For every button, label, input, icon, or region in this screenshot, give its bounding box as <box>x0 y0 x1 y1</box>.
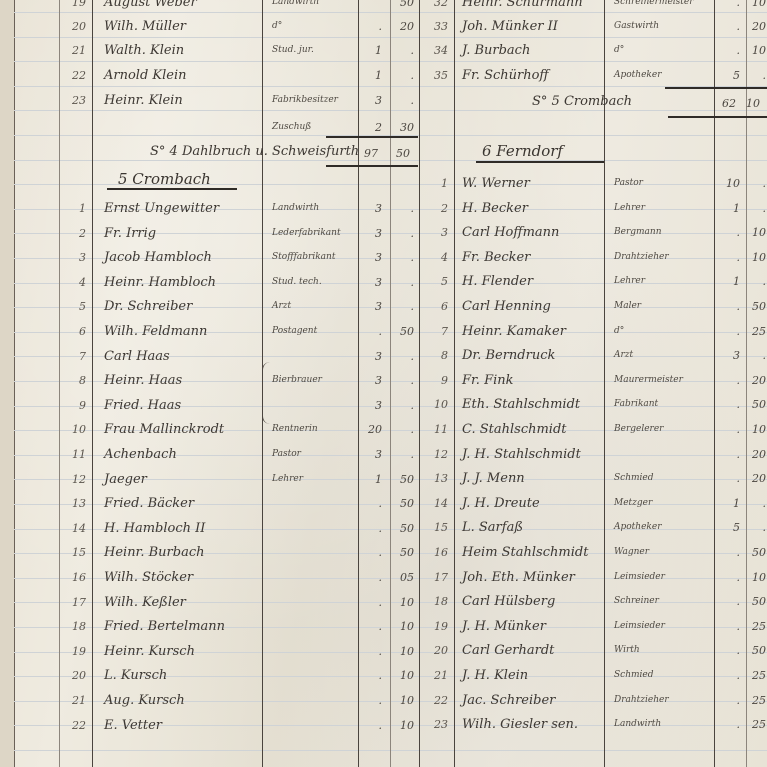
row-number: 4 <box>64 277 86 288</box>
row-mark: . <box>716 449 740 460</box>
row-pf: 10 <box>746 252 766 263</box>
row-mark: . <box>716 670 740 681</box>
row-pf: 50 <box>746 645 766 656</box>
row-pf: 10 <box>746 227 766 238</box>
row-number: 21 <box>64 45 86 56</box>
row-name: J. H. Dreute <box>462 497 540 510</box>
row-mark: 3 <box>360 252 382 263</box>
row-mark: 3 <box>360 375 382 386</box>
row-occupation: Stofffabrikant <box>272 253 335 262</box>
row-occupation: Schmied <box>614 474 654 483</box>
row-pf: 50 <box>746 399 766 410</box>
left-subtotal-mark: 97 <box>356 148 378 159</box>
row-number: 6 <box>64 326 86 337</box>
row-name: H. Becker <box>462 202 528 215</box>
row-name: L. Sarfaß <box>462 521 523 534</box>
row-occupation: Arzt <box>614 351 633 360</box>
row-name: Eth. Stahlschmidt <box>462 398 580 411</box>
row-name: Heinr. Kursch <box>104 645 195 658</box>
row-pf: . <box>392 203 414 214</box>
right-section-heading: 6 Ferndorf <box>482 144 563 159</box>
row-name: Fried. Bäcker <box>104 497 194 510</box>
row-occupation: Lehrer <box>614 204 645 213</box>
right-section-heading-underline <box>476 161 604 163</box>
row-number: 13 <box>426 473 448 484</box>
row-number: 2 <box>64 228 86 239</box>
row-pf: 20 <box>746 21 766 32</box>
row-number: 18 <box>426 596 448 607</box>
row-mark: 1 <box>360 70 382 81</box>
row-occupation: Leimsieder <box>614 622 665 631</box>
row-occupation: Apotheker <box>614 523 662 532</box>
row-mark: 3 <box>360 400 382 411</box>
row-occupation: Lehrer <box>614 277 645 286</box>
row-mark: 3 <box>716 350 740 361</box>
right-subtotal-label: S° 5 Crombach <box>532 95 632 108</box>
row-name: August Weber <box>104 0 197 9</box>
row-name: Heim Stahlschmidt <box>462 546 588 559</box>
row-mark: . <box>716 227 740 238</box>
row-pf: . <box>746 203 766 214</box>
row-name: Carl Henning <box>462 300 551 313</box>
row-number: 10 <box>426 399 448 410</box>
row-occupation: Stud. tech. <box>272 278 322 287</box>
row-mark: . <box>716 547 740 558</box>
left-subtotal-pf: 50 <box>388 148 410 159</box>
row-occupation: Zuschuß <box>272 123 311 132</box>
row-pf: 25 <box>746 621 766 632</box>
row-pf: . <box>392 277 414 288</box>
row-number: 7 <box>64 351 86 362</box>
row-number: 2 <box>426 203 448 214</box>
row-pf: 20 <box>746 449 766 460</box>
row-pf: 50 <box>392 326 414 337</box>
row-mark: . <box>716 473 740 484</box>
right-subtotal-bottom-rule <box>668 116 767 118</box>
row-mark: 5 <box>716 70 740 81</box>
row-mark: 3 <box>360 277 382 288</box>
row-mark: . <box>716 375 740 386</box>
row-name: Heinr. Hambloch <box>104 276 216 289</box>
row-name: J. Burbach <box>462 44 530 57</box>
row-number: 17 <box>426 572 448 583</box>
row-mark: 1 <box>716 203 740 214</box>
row-occupation: Rentnerin <box>272 425 318 434</box>
row-occupation: Postagent <box>272 327 317 336</box>
row-mark: . <box>716 21 740 32</box>
row-mark: . <box>360 21 382 32</box>
row-pf: . <box>392 252 414 263</box>
row-pf: . <box>746 522 766 533</box>
row-name: J. H. Münker <box>462 620 546 633</box>
bierbrauer-brace <box>262 362 271 424</box>
row-mark: . <box>716 596 740 607</box>
row-occupation: Schreiner <box>614 597 659 606</box>
right-occupation-column-line <box>604 0 605 767</box>
row-number: 20 <box>426 645 448 656</box>
row-mark: . <box>716 645 740 656</box>
row-pf: 10 <box>746 424 766 435</box>
row-name: Joh. Münker II <box>462 20 558 33</box>
row-pf: 10 <box>746 45 766 56</box>
row-mark: . <box>360 547 382 558</box>
row-pf: 50 <box>746 547 766 558</box>
row-pf: . <box>392 400 414 411</box>
row-pf: . <box>746 70 766 81</box>
row-pf: 20 <box>746 375 766 386</box>
row-pf: . <box>392 228 414 239</box>
row-mark: 3 <box>360 301 382 312</box>
row-occupation: Landwirth <box>614 720 661 729</box>
row-mark: 3 <box>360 351 382 362</box>
row-pf: . <box>392 351 414 362</box>
row-number: 11 <box>426 424 448 435</box>
row-occupation: Lederfabrikant <box>272 229 341 238</box>
row-number: 22 <box>64 70 86 81</box>
row-pf: . <box>392 424 414 435</box>
row-mark: . <box>716 45 740 56</box>
row-name: H. Flender <box>462 275 533 288</box>
row-number: 12 <box>64 474 86 485</box>
row-mark: . <box>716 301 740 312</box>
row-mark: 3 <box>360 228 382 239</box>
row-mark: . <box>360 670 382 681</box>
row-name: Carl Haas <box>104 350 170 363</box>
row-number: 3 <box>64 252 86 263</box>
right-subtotal-mark: 62 <box>712 98 736 109</box>
row-pf: . <box>392 375 414 386</box>
row-number: 1 <box>64 203 86 214</box>
row-occupation: Landwirth <box>272 204 319 213</box>
row-number: 22 <box>426 695 448 706</box>
row-pf: . <box>392 449 414 460</box>
row-name: Fr. Irrig <box>104 227 156 240</box>
row-mark: 1 <box>360 45 382 56</box>
row-pf: 50 <box>392 523 414 534</box>
row-mark: . <box>716 719 740 730</box>
row-number: 14 <box>64 523 86 534</box>
row-occupation: Pastor <box>272 450 301 459</box>
row-occupation: Stud. jur. <box>272 46 314 55</box>
left-mark-column-line <box>358 0 359 767</box>
row-name: J. J. Menn <box>462 472 525 485</box>
row-number: 5 <box>64 301 86 312</box>
row-mark: . <box>360 646 382 657</box>
left-section-heading: 5 Crombach <box>118 172 211 187</box>
row-name: Fr. Schürhoff <box>462 69 549 82</box>
row-pf: 25 <box>746 670 766 681</box>
row-name: Carl Hülsberg <box>462 595 555 608</box>
row-number: 11 <box>64 449 86 460</box>
row-name: Dr. Schreiber <box>104 300 192 313</box>
row-name: E. Vetter <box>104 719 162 732</box>
row-mark: . <box>716 424 740 435</box>
row-occupation: Metzger <box>614 499 652 508</box>
row-name: Arnold Klein <box>104 69 187 82</box>
row-occupation: Schmied <box>614 671 654 680</box>
row-pf: . <box>746 350 766 361</box>
row-name: Jac. Schreiber <box>462 694 555 707</box>
row-pf: 20 <box>392 21 414 32</box>
row-mark: 5 <box>716 522 740 533</box>
row-number: 20 <box>64 670 86 681</box>
row-name: Fr. Becker <box>462 251 530 264</box>
row-occupation: Bierbrauer <box>272 376 322 385</box>
row-number: 13 <box>64 498 86 509</box>
row-occupation: Bergelerer <box>614 425 663 434</box>
row-name: Fried. Haas <box>104 399 181 412</box>
row-occupation: Maler <box>614 302 641 311</box>
row-number: 15 <box>64 547 86 558</box>
row-name: Aug. Kursch <box>104 694 185 707</box>
row-mark: . <box>716 572 740 583</box>
row-occupation: Gastwirth <box>614 22 659 31</box>
row-mark: . <box>716 695 740 706</box>
right-number-column-line <box>454 0 455 767</box>
row-pf: . <box>392 301 414 312</box>
row-pf: 10 <box>392 646 414 657</box>
left-subtotal-bottom-rule <box>326 165 418 167</box>
row-mark: . <box>716 252 740 263</box>
row-pf: 10 <box>392 597 414 608</box>
row-occupation: Fabrikant <box>614 400 658 409</box>
row-name: Wilh. Keßler <box>104 596 186 609</box>
row-name: Dr. Berndruck <box>462 349 555 362</box>
row-pf: 50 <box>392 474 414 485</box>
row-name: Fr. Fink <box>462 374 514 387</box>
row-occupation: Apotheker <box>614 71 662 80</box>
row-number: 19 <box>426 621 448 632</box>
row-number: 34 <box>426 45 448 56</box>
row-mark: 20 <box>360 424 382 435</box>
row-mark: 1 <box>716 276 740 287</box>
page-divider-line <box>419 0 420 767</box>
row-occupation: Bergmann <box>614 228 662 237</box>
row-occupation: Drahtzieher <box>614 253 669 262</box>
row-mark: . <box>360 498 382 509</box>
row-mark: 1 <box>360 474 382 485</box>
row-occupation: Landwirth <box>272 0 319 7</box>
row-number: 9 <box>426 375 448 386</box>
row-name: Ernst Ungewitter <box>104 202 219 215</box>
row-pf: . <box>746 276 766 287</box>
row-mark: . <box>360 695 382 706</box>
row-number: 17 <box>64 597 86 608</box>
left-section-heading-underline <box>107 188 237 190</box>
row-name: Wilh. Feldmann <box>104 325 207 338</box>
row-name: J. H. Klein <box>462 669 528 682</box>
left-pf-column-line <box>390 0 391 767</box>
row-mark: . <box>716 399 740 410</box>
row-occupation: Fabrikbesitzer <box>272 96 338 105</box>
row-mark: 3 <box>360 203 382 214</box>
row-mark: . <box>360 720 382 731</box>
row-number: 4 <box>426 252 448 263</box>
row-pf: 10 <box>392 621 414 632</box>
row-name: Wilh. Müller <box>104 20 186 33</box>
row-name: Heinr. Burbach <box>104 546 204 559</box>
left-subtotal-label: S° 4 Dahlbruch u. Schweisfurth <box>150 145 359 158</box>
row-number: 19 <box>64 646 86 657</box>
row-name: Frau Mallinckrodt <box>104 423 224 436</box>
row-occupation: Drahtzieher <box>614 696 669 705</box>
row-name: Wilh. Stöcker <box>104 571 193 584</box>
row-number: 16 <box>426 547 448 558</box>
row-number: 16 <box>64 572 86 583</box>
row-pf: 50 <box>746 596 766 607</box>
row-number: 8 <box>426 350 448 361</box>
row-name: Jaeger <box>104 473 147 486</box>
row-pf: . <box>746 178 766 189</box>
row-name: Carl Gerhardt <box>462 644 554 657</box>
row-pf: 10 <box>746 572 766 583</box>
row-number: 6 <box>426 301 448 312</box>
row-name: Achenbach <box>104 448 177 461</box>
row-number: 5 <box>426 276 448 287</box>
row-name: Heinr. Schürmann <box>462 0 583 9</box>
row-number: 3 <box>426 227 448 238</box>
book-gutter <box>0 0 15 767</box>
row-pf: 50 <box>392 498 414 509</box>
row-pf: 50 <box>392 547 414 558</box>
row-name: Carl Hoffmann <box>462 226 559 239</box>
row-name: Heinr. Klein <box>104 94 183 107</box>
row-pf: 10 <box>392 720 414 731</box>
row-number: 23 <box>64 95 86 106</box>
row-mark: 2 <box>360 122 382 133</box>
row-number: 32 <box>426 0 448 8</box>
row-number: 9 <box>64 400 86 411</box>
row-number: 10 <box>64 424 86 435</box>
row-pf: 10 <box>392 695 414 706</box>
row-name: Fried. Bertelmann <box>104 620 225 633</box>
row-mark: . <box>360 572 382 583</box>
row-mark: 3 <box>360 449 382 460</box>
row-number: 20 <box>64 21 86 32</box>
row-mark: . <box>360 326 382 337</box>
row-pf: 20 <box>746 473 766 484</box>
row-number: 21 <box>426 670 448 681</box>
row-mark: . <box>360 523 382 534</box>
row-pf: 25 <box>746 719 766 730</box>
row-occupation: Leimsieder <box>614 573 665 582</box>
row-pf: . <box>746 498 766 509</box>
row-mark: . <box>716 326 740 337</box>
row-mark: 1 <box>716 498 740 509</box>
row-name: C. Stahlschmidt <box>462 423 567 436</box>
row-occupation: Arzt <box>272 302 291 311</box>
row-occupation: Schreinermeister <box>614 0 694 7</box>
row-occupation: Maurermeister <box>614 376 683 385</box>
row-name: Heinr. Kamaker <box>462 325 566 338</box>
row-occupation: Lehrer <box>272 475 303 484</box>
row-name: Joh. Eth. Münker <box>462 571 575 584</box>
right-subtotal-top-rule <box>665 87 767 89</box>
row-number: 14 <box>426 498 448 509</box>
row-occupation: Wirth <box>614 646 640 655</box>
row-number: 15 <box>426 522 448 533</box>
row-name: H. Hambloch II <box>104 522 205 535</box>
row-pf: . <box>392 70 414 81</box>
row-mark: . <box>360 597 382 608</box>
row-name: Heinr. Haas <box>104 374 182 387</box>
row-pf: 25 <box>746 326 766 337</box>
row-name: J. H. Stahlschmidt <box>462 448 581 461</box>
row-number: 8 <box>64 375 86 386</box>
row-pf: . <box>392 45 414 56</box>
row-mark: 10 <box>716 178 740 189</box>
left-subtotal-top-rule <box>326 136 418 138</box>
row-number: 35 <box>426 70 448 81</box>
row-pf: 30 <box>392 122 414 133</box>
row-number: 1 <box>426 178 448 189</box>
row-name: Jacob Hambloch <box>104 251 212 264</box>
row-mark: . <box>716 0 740 8</box>
margin-line <box>59 0 60 767</box>
row-number: 33 <box>426 21 448 32</box>
row-occupation: d° <box>614 46 624 55</box>
row-occupation: d° <box>614 327 624 336</box>
row-name: L. Kursch <box>104 669 167 682</box>
row-pf: 10 <box>746 0 766 8</box>
row-number: 23 <box>426 719 448 730</box>
ledger-page: 19August WeberLandwirth5020Wilh. Müllerd… <box>0 0 767 767</box>
row-number: 12 <box>426 449 448 460</box>
row-name: W. Werner <box>462 177 530 190</box>
row-number: 7 <box>426 326 448 337</box>
row-mark: 3 <box>360 95 382 106</box>
row-pf: 25 <box>746 695 766 706</box>
row-occupation: Wagner <box>614 548 649 557</box>
row-pf: 50 <box>746 301 766 312</box>
row-number: 21 <box>64 695 86 706</box>
row-occupation: d° <box>272 22 282 31</box>
row-number: 18 <box>64 621 86 632</box>
row-name: Walth. Klein <box>104 44 184 57</box>
row-number: 22 <box>64 720 86 731</box>
right-subtotal-pf: 10 <box>740 98 760 109</box>
row-occupation: Pastor <box>614 179 643 188</box>
row-name: Wilh. Giesler sen. <box>462 718 578 731</box>
row-mark: . <box>360 621 382 632</box>
row-number: 19 <box>64 0 86 8</box>
row-pf: 50 <box>392 0 414 8</box>
row-mark: . <box>716 621 740 632</box>
row-pf: 05 <box>392 572 414 583</box>
row-pf: . <box>392 95 414 106</box>
row-pf: 10 <box>392 670 414 681</box>
left-number-column-line <box>92 0 93 767</box>
